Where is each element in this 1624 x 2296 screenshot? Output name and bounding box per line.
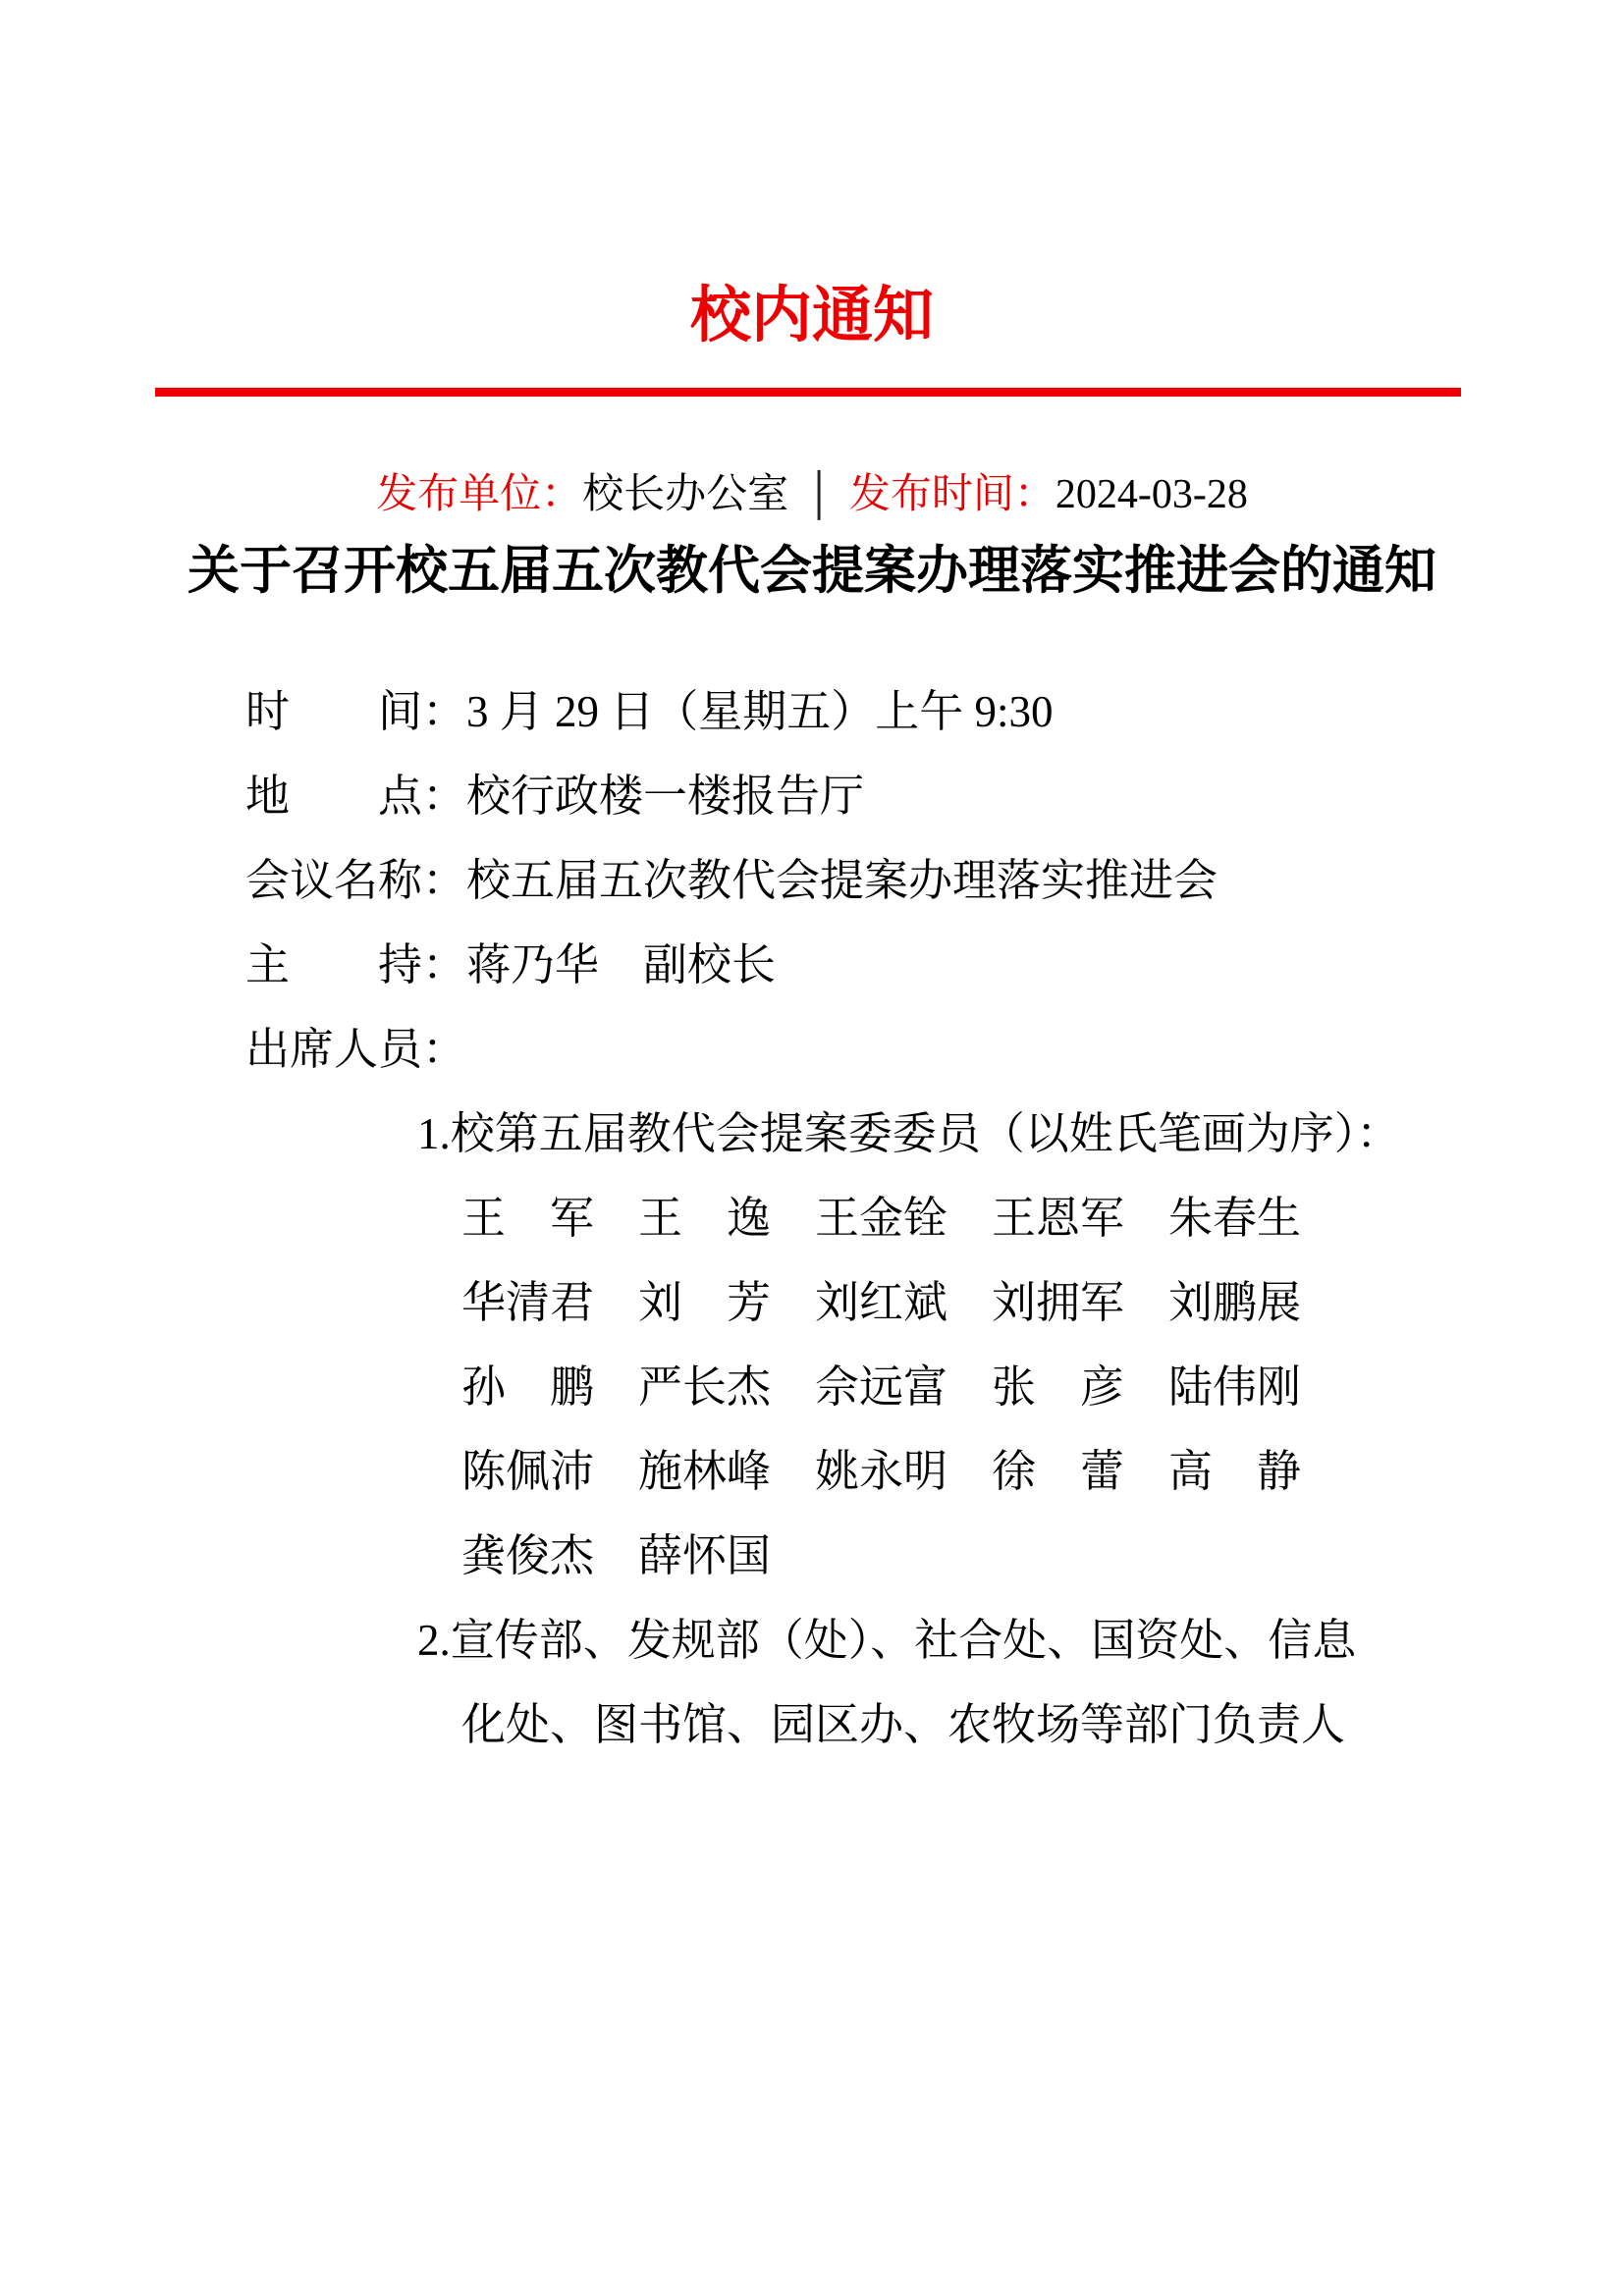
name-row: 王 军 王 逸 王金铨 王恩军 朱春生 [0, 1176, 1624, 1260]
field-meeting-name-label: 会议名称 [245, 838, 422, 923]
attendee-group-2: 2.宣传部、发规部（处）、社合处、国资处、信息 [0, 1598, 1624, 1682]
name-row: 华清君 刘 芳 刘红斌 刘拥军 刘鹏展 [0, 1260, 1624, 1345]
notice-page: 校内通知 发布单位：校长办公室│发布时间：2024-03-28 关于召开校五届五… [0, 0, 1624, 2296]
attendee-group-2-text-line2: 化处、图书馆、园区办、农牧场等部门负责人 [0, 1682, 1624, 1767]
attendees-heading: 出席人员： [0, 1007, 1624, 1092]
field-time-label: 时间 [245, 669, 422, 754]
attendee-group-2-number: 2. [417, 1616, 451, 1665]
publish-time-value: 2024-03-28 [1056, 472, 1248, 517]
name-row: 孙 鹏 严长杰 佘远富 张 彦 陆伟刚 [0, 1345, 1624, 1429]
publish-unit-value: 校长办公室 [582, 472, 788, 517]
field-meeting-name-colon: ： [422, 856, 466, 905]
page-title: 校内通知 [0, 277, 1624, 355]
publish-unit-label: 发布单位： [376, 472, 582, 517]
name-row: 龚俊杰 薛怀国 [0, 1514, 1624, 1598]
field-time-value: 3 月 29 日（星期五）上午 9:30 [466, 687, 1054, 736]
field-place-value: 校行政楼一楼报告厅 [466, 772, 864, 821]
attendee-group-2-text-line1: 宣传部、发规部（处）、社合处、国资处、信息 [451, 1616, 1357, 1665]
field-place: 地点：校行政楼一楼报告厅 [0, 754, 1624, 838]
attendee-group-1-number: 1. [417, 1109, 451, 1158]
field-host: 主持：蒋乃华 副校长 [0, 923, 1624, 1007]
notice-title: 关于召开校五届五次教代会提案办理落实推进会的通知 [0, 540, 1624, 603]
field-place-colon: ： [422, 772, 466, 821]
field-host-colon: ： [422, 940, 466, 989]
field-time-colon: ： [422, 687, 466, 736]
red-divider-rule [155, 388, 1461, 397]
name-row: 陈佩沛 施林峰 姚永明 徐 蕾 高 静 [0, 1429, 1624, 1514]
publish-info-line: 发布单位：校长办公室│发布时间：2024-03-28 [0, 469, 1624, 520]
attendee-group-1-text: 校第五届教代会提案委委员（以姓氏笔画为序）： [451, 1109, 1401, 1158]
field-host-label: 主持 [245, 923, 422, 1007]
publish-separator: │ [788, 472, 849, 517]
notice-body: 时间：3 月 29 日（星期五）上午 9:30 地点：校行政楼一楼报告厅 会议名… [0, 669, 1624, 1767]
field-place-label: 地点 [245, 754, 422, 838]
attendee-group-1: 1.校第五届教代会提案委委员（以姓氏笔画为序）： [0, 1092, 1624, 1176]
publish-time-label: 发布时间： [849, 472, 1056, 517]
field-host-value: 蒋乃华 副校长 [466, 940, 776, 989]
field-time: 时间：3 月 29 日（星期五）上午 9:30 [0, 669, 1624, 754]
field-meeting-name-value: 校五届五次教代会提案办理落实推进会 [466, 856, 1218, 905]
field-meeting-name: 会议名称：校五届五次教代会提案办理落实推进会 [0, 838, 1624, 923]
